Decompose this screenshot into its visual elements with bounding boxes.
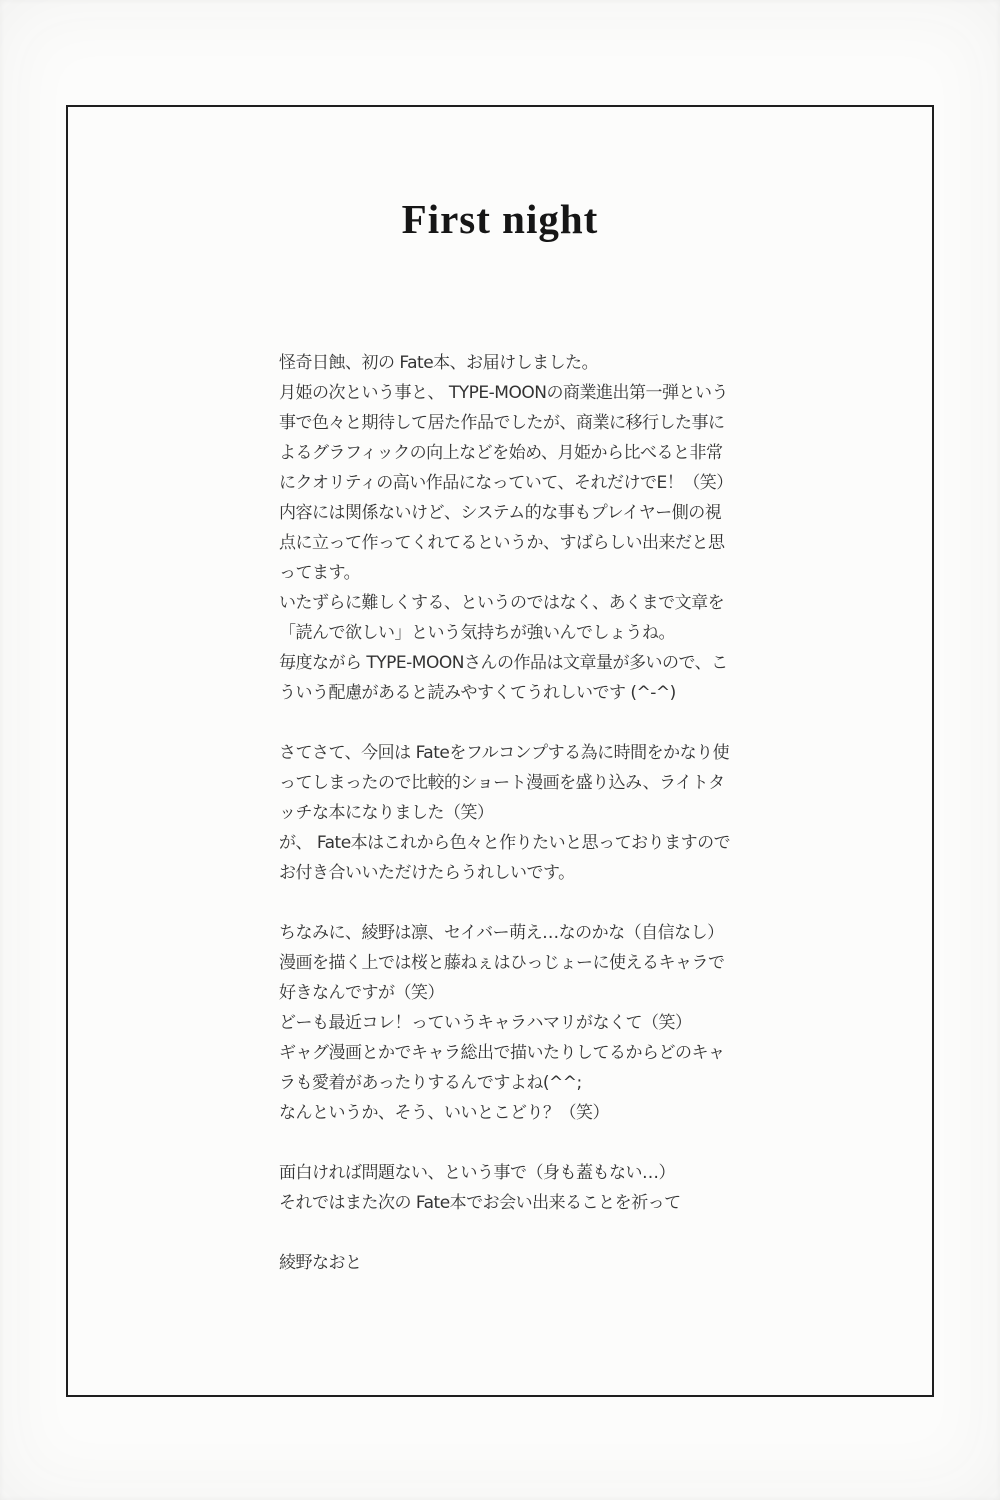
text-line: ってます。 xyxy=(279,558,749,588)
text-line: なんというか、そう、いいとこどり？（笑） xyxy=(279,1098,749,1128)
text-line: ラも愛着があったりするんですよね(^^; xyxy=(279,1068,749,1098)
paragraph: 怪奇日蝕、初の Fate本、お届けしました。 月姫の次という事と、 TYPE-M… xyxy=(279,348,749,708)
page-border-frame: First night 怪奇日蝕、初の Fate本、お届けしました。 月姫の次と… xyxy=(66,105,934,1397)
text-line: 怪奇日蝕、初の Fate本、お届けしました。 xyxy=(279,348,749,378)
paragraph: 面白ければ問題ない、という事で（身も蓋もない…） それではまた次の Fate本で… xyxy=(279,1158,749,1218)
text-line: どーも最近コレ！っていうキャラハマリがなくて（笑） xyxy=(279,1008,749,1038)
text-line: 点に立って作ってくれてるというか、すばらしい出来だと思 xyxy=(279,528,749,558)
text-line: ってしまったので比較的ショート漫画を盛り込み、ライトタ xyxy=(279,768,749,798)
text-line: ういう配慮があると読みやすくてうれしいです (^-^) xyxy=(279,678,749,708)
text-line: ギャグ漫画とかでキャラ総出で描いたりしてるからどのキャ xyxy=(279,1038,749,1068)
text-line: 毎度ながら TYPE-MOONさんの作品は文章量が多いので、こ xyxy=(279,648,749,678)
paragraph: ちなみに、綾野は凛、セイバー萌え…なのかな（自信なし） 漫画を描く上では桜と藤ね… xyxy=(279,918,749,1128)
text-line: いたずらに難しくする、というのではなく、あくまで文章を xyxy=(279,588,749,618)
text-line: 面白ければ問題ない、という事で（身も蓋もない…） xyxy=(279,1158,749,1188)
text-line: さてさて、今回は Fateをフルコンプする為に時間をかなり使 xyxy=(279,738,749,768)
text-line: 内容には関係ないけど、システム的な事もプレイヤー側の視 xyxy=(279,498,749,528)
text-line: が、 Fate本はこれから色々と作りたいと思っておりますので xyxy=(279,828,749,858)
page-title: First night xyxy=(68,195,932,243)
afterword-text: 怪奇日蝕、初の Fate本、お届けしました。 月姫の次という事と、 TYPE-M… xyxy=(279,348,749,1278)
text-line: 漫画を描く上では桜と藤ねぇはひっじょーに使えるキャラで xyxy=(279,948,749,978)
text-line: よるグラフィックの向上などを始め、月姫から比べると非常 xyxy=(279,438,749,468)
text-line: それではまた次の Fate本でお会い出来ることを祈って xyxy=(279,1188,749,1218)
text-line: 「読んで欲しい」という気持ちが強いんでしょうね。 xyxy=(279,618,749,648)
text-line: ちなみに、綾野は凛、セイバー萌え…なのかな（自信なし） xyxy=(279,918,749,948)
text-line: ッチな本になりました（笑） xyxy=(279,798,749,828)
text-line: 好きなんですが（笑） xyxy=(279,978,749,1008)
text-line: 月姫の次という事と、 TYPE-MOONの商業進出第一弾という xyxy=(279,378,749,408)
text-line: お付き合いいただけたらうれしいです。 xyxy=(279,858,749,888)
author-signature: 綾野なおと xyxy=(279,1248,749,1278)
text-line: にクオリティの高い作品になっていて、それだけでE！（笑） xyxy=(279,468,749,498)
text-line: 事で色々と期待して居た作品でしたが、商業に移行した事に xyxy=(279,408,749,438)
paragraph: さてさて、今回は Fateをフルコンプする為に時間をかなり使 ってしまったので比… xyxy=(279,738,749,888)
